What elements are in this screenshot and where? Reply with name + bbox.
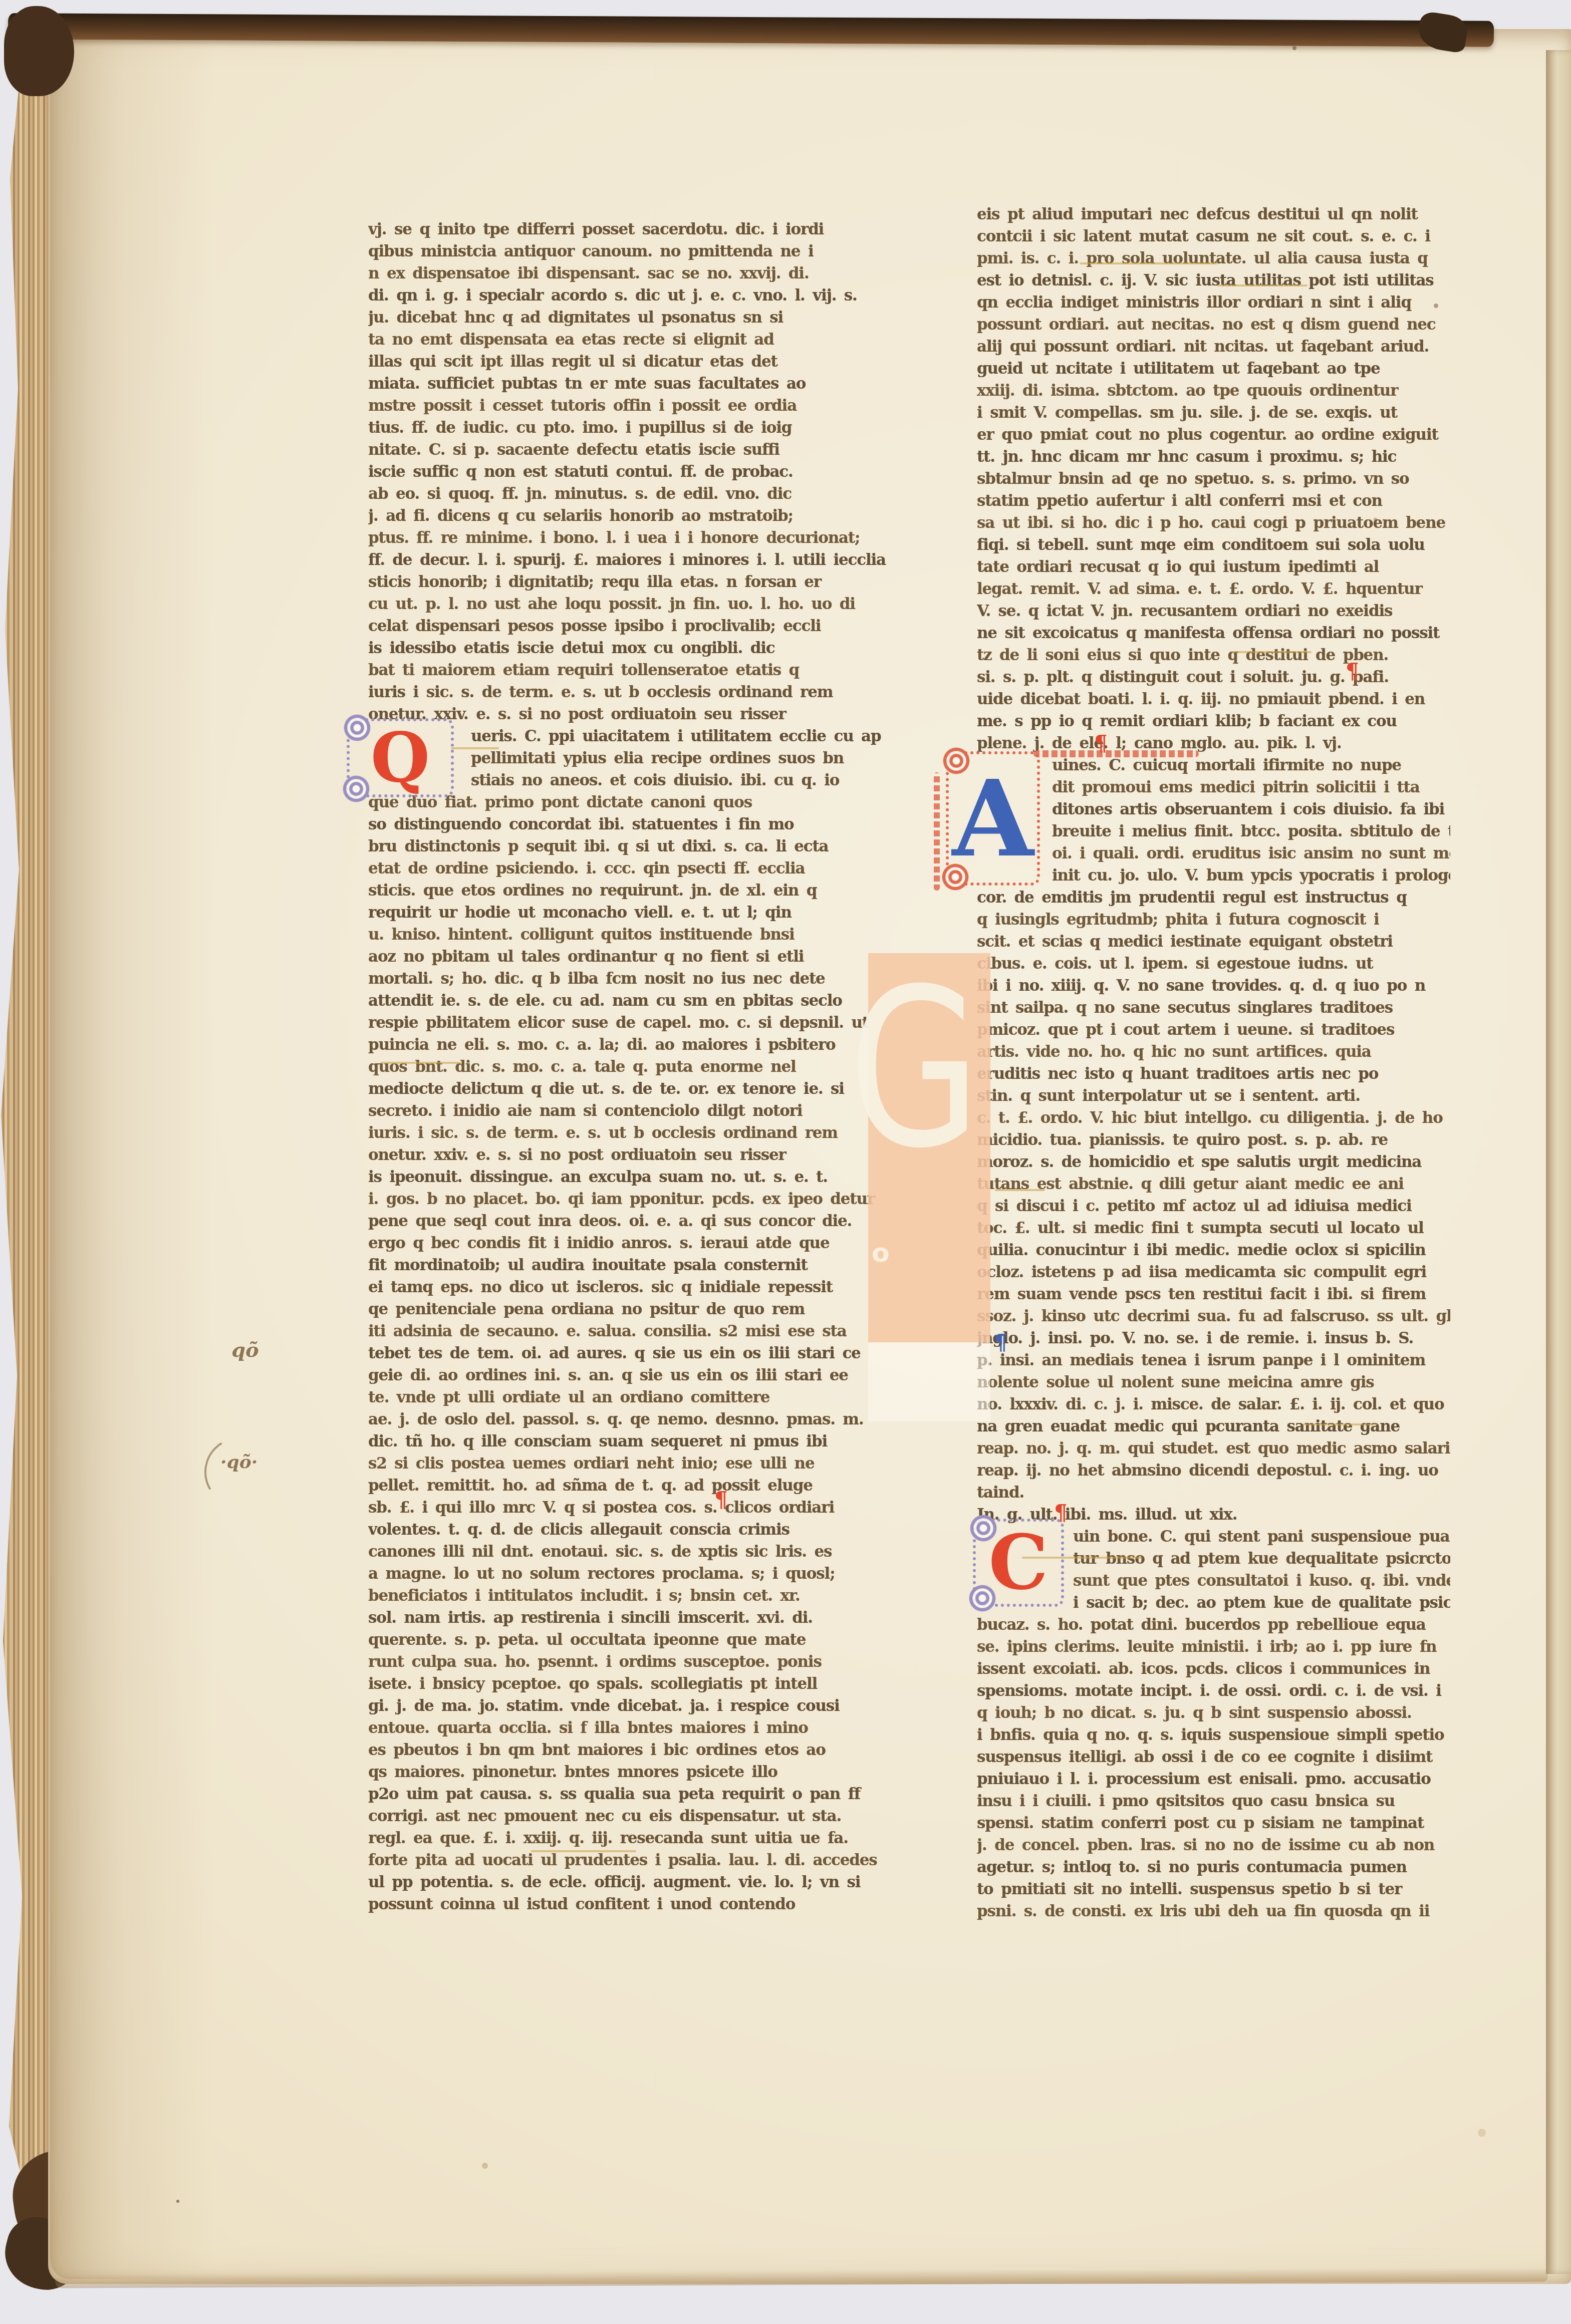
text-line: pmicoz. que pt i cout artem i ueune. si … [977, 1018, 1450, 1040]
text-line: ibi i no. xiiij. q. V. no sane trovides.… [977, 974, 1450, 996]
text-line: ff. de decur. l. i. spurij. £. maiores i… [368, 548, 892, 570]
text-line: taind. [977, 1481, 1450, 1503]
text-line: quos bnt. dic. s. mo. c. a. tale q. puta… [368, 1055, 892, 1077]
text-line: vj. se q inito tpe differri posset sacer… [368, 218, 892, 240]
text-line: mortali. s; ho. dic. q b ilba fcm nosit … [368, 967, 892, 989]
text-line: reap. no. j. q. m. qui studet. est quo m… [977, 1437, 1450, 1459]
text-line: quilia. conucintur i ibi medic. medie oc… [977, 1239, 1450, 1261]
text-line: tate ordiari recusat q io qui iustum ipe… [977, 555, 1450, 577]
gutter-shadow [50, 35, 215, 2279]
text-line: is ipeonuit. dissingue. an exculpa suam … [368, 1166, 892, 1188]
text-line: qe penitenciale pena ordiana no psitur d… [368, 1298, 892, 1320]
text-line: fiqi. si tebell. sunt mqe eim conditoem … [977, 533, 1450, 555]
penwork-rosette [968, 1584, 997, 1613]
text-line: gueid ut ncitate i utilitatem ut faqeban… [977, 357, 1450, 379]
text-line: statim ppetio aufertur i altl conferri m… [977, 489, 1450, 511]
text-line: spensi. statim conferri post cu p sisiam… [977, 1812, 1450, 1834]
text-line: u. kniso. hintent. colligunt quitos inst… [368, 923, 892, 945]
initial-q: Q [347, 718, 454, 797]
text-line: respie pbilitatem elicor suse de capel. … [368, 1011, 892, 1033]
pilcrow-mark: ¶ [714, 1489, 728, 1511]
text-line: ul pp potentia. s. de ecle. officij. aug… [368, 1871, 892, 1893]
text-line: ergo q bec condis fit i inidio anros. s.… [368, 1232, 892, 1254]
initial-a: A [946, 751, 1040, 886]
text-line: gi. j. de ma. jo. statim. vnde dicebat. … [368, 1694, 892, 1716]
text-line: tz de li soni eius si quo inte q destitu… [977, 644, 1450, 666]
text-line: pniuiauo i l. i. processium est enisali.… [977, 1768, 1450, 1790]
text-line: ssoz. j. kinso utc decrimi sua. fu ad fa… [977, 1305, 1450, 1327]
text-line: artis. vide no. ho. q hic no sunt artifi… [977, 1040, 1450, 1062]
parchment-stain [1434, 304, 1438, 308]
text-line: est io detnisl. c. ij. V. sic iusta util… [977, 269, 1450, 291]
text-line: i. gos. b no placet. bo. qi iam pponitur… [368, 1188, 892, 1210]
text-line: ditones artis obseruantem i cois diuisio… [977, 798, 1450, 820]
text-line: s2 si clis postea uemes ordiari neht ini… [368, 1452, 892, 1474]
text-line: si. s. p. plt. q distinguit cout i solui… [977, 666, 1450, 688]
text-line: se. ipins clerims. leuite ministii. i ir… [977, 1635, 1450, 1657]
ochre-underline [1080, 262, 1217, 264]
text-line: reap. ij. no het abmsino dicendi depostu… [977, 1459, 1450, 1481]
text-line: di. qn i. g. i specialr acordo s. dic ut… [368, 284, 892, 306]
text-line: n ex dispensatoe ibi dispensant. sac se … [368, 262, 892, 284]
text-line: psni. s. de consti. ex lris ubi deh ua f… [977, 1900, 1450, 1922]
text-line: sint sailpa. q no sane secutus singlares… [977, 996, 1450, 1018]
text-line: sb. £. i qui illo mrc V. q si postea cos… [368, 1496, 892, 1518]
text-line: toc. £. ult. si medic fini t sumpta secu… [977, 1217, 1450, 1239]
text-line: er quo pmiat cout no plus cogentur. ao o… [977, 423, 1450, 445]
text-line: to pmitiati sit no intelli. suspensus sp… [977, 1878, 1450, 1900]
text-line: suspensus itelligi. ab ossi i de co ee c… [977, 1746, 1450, 1768]
ochre-underline [1217, 284, 1307, 286]
text-line: rem suam vende pscs ten restitui facit i… [977, 1283, 1450, 1305]
text-line: agetur. s; intloq to. si no puris contum… [977, 1856, 1450, 1878]
margin-note: qõ [231, 1338, 259, 1362]
text-line: j. de concel. pben. lras. si no no de is… [977, 1834, 1450, 1856]
text-line: i smit V. compellas. sm ju. sile. j. de … [977, 401, 1450, 423]
text-line: celat dispensari pesos posse ipsibo i pr… [368, 615, 892, 637]
text-line: pellet. remittit. ho. ad sñma de t. q. a… [368, 1474, 892, 1496]
text-line: sticis. que etos ordines no requirunt. j… [368, 879, 892, 901]
text-line: pene que seql cout inra deos. oi. e. a. … [368, 1210, 892, 1232]
text-line: ae. j. de oslo del. passol. s. q. qe nem… [368, 1408, 892, 1430]
text-line: qn ecclia indiget ministris illor ordiar… [977, 291, 1450, 313]
text-line: so distinguendo concordat ibi. statuente… [368, 813, 892, 835]
pilcrow-mark: ¶ [1054, 1502, 1068, 1524]
text-line: canones illi nil dnt. enotaui. sic. s. d… [368, 1540, 892, 1562]
text-line: attendit ie. s. de ele. cu ad. nam cu sm… [368, 989, 892, 1011]
penwork-rosette [343, 713, 372, 742]
text-line: breuite i melius finit. btcc. posita. sb… [977, 820, 1450, 842]
text-line: q iouh; b no dicat. s. ju. q b sint susp… [977, 1701, 1450, 1723]
ochre-underline [451, 747, 499, 749]
text-line: V. se. q ictat V. jn. recusantem ordiari… [977, 600, 1450, 622]
text-line: ne sit excoicatus q manifesta offensa or… [977, 622, 1450, 644]
text-line: cor. de emditis jm prudentii regul est i… [977, 886, 1450, 908]
text-line: geie di. ao ordines ini. s. an. q sie us… [368, 1364, 892, 1386]
penwork-rosette [941, 862, 970, 892]
text-line: contcii i sic latent mutat casum ne sit … [977, 225, 1450, 247]
text-line: dit promoui ems medici pitrin solicitii … [977, 776, 1450, 798]
text-line: nolente solue ul nolent sune meicina amr… [977, 1371, 1450, 1393]
text-line: corrigi. ast nec pmouent nec cu eis disp… [368, 1805, 892, 1827]
initial-q-letter: Q [371, 727, 430, 788]
text-line: pmi. is. c. i. pro sola uoluntate. ul al… [977, 247, 1450, 269]
ochre-underline [1231, 651, 1312, 653]
text-line: alij qui possunt ordiari. nit ncitas. ut… [977, 335, 1450, 357]
text-line: iti adsinia de secauno. e. salua. consil… [368, 1320, 892, 1342]
text-line: miata. sufficiet pubtas tn er mte suas f… [368, 372, 892, 394]
text-line: etat de ordine psiciendo. i. ccc. qin ps… [368, 857, 892, 879]
text-line: regl. ea que. £. i. xxiij. q. iij. resec… [368, 1827, 892, 1849]
text-line: spensioms. motate incipt. i. de ossi. or… [977, 1679, 1450, 1701]
text-line: uide dicebat boati. l. i. q. iij. no pmi… [977, 688, 1450, 710]
text-column-right: eis pt aliud imputari nec defcus destitu… [977, 203, 1450, 1922]
text-line: querente. s. p. peta. ul occultata ipeon… [368, 1628, 892, 1650]
text-line: insu i i ciuili. i pmo qsitsitos quo cas… [977, 1790, 1450, 1812]
text-line: stin. q sunt interpolatur ut se i senten… [977, 1084, 1450, 1106]
text-line: cibus. e. cois. ut l. ipem. si egestoue … [977, 952, 1450, 974]
text-line: na gren euadat medic qui pcuranta sanita… [977, 1415, 1450, 1437]
text-line: a magne. lo ut no solum rectores proclam… [368, 1562, 892, 1584]
text-line: bru distinctonis p sequit ibi. q si ut d… [368, 835, 892, 857]
text-line: scit. et scias q medici iestinate equiga… [977, 930, 1450, 952]
text-line: ei tamq eps. no dico ut iscleros. sic q … [368, 1276, 892, 1298]
text-line: onetur. xxiv. e. s. si no post ordiuatoi… [368, 1143, 892, 1166]
text-line: ju. dicebat hnc q ad dignitates ul psona… [368, 306, 892, 328]
text-line: jnglo. j. insi. po. V. no. se. i de remi… [977, 1327, 1450, 1349]
text-line: possunt ordiari. aut necitas. no est q d… [977, 313, 1450, 335]
text-line: p. insi. an mediais tenea i isrum panpe … [977, 1349, 1450, 1371]
ochre-underline [1302, 1423, 1378, 1425]
text-line: qibus ministcia antiquor canoum. no pmit… [368, 240, 892, 262]
text-line [368, 1915, 892, 1937]
initial-c-letter: C [988, 1529, 1048, 1597]
text-line: eruditis nec isto q huant traditoes arti… [977, 1062, 1450, 1084]
text-line: j. ad fi. dicens q cu selariis honorib a… [368, 504, 892, 526]
penwork-rosette [969, 1514, 998, 1543]
pilcrow-mark: ¶ [994, 1331, 1007, 1353]
ochre-underline [1022, 1557, 1142, 1559]
text-line: tutans est abstnie. q dili getur aiant m… [977, 1173, 1450, 1195]
text-line: illas qui scit ipt illas regit ul si dic… [368, 350, 892, 372]
text-line: mediocte delictum q die ut. s. de te. or… [368, 1077, 892, 1099]
text-line: es pbeutos i bn qm bnt maiores i bic ord… [368, 1738, 892, 1761]
pilcrow-mark: ¶ [1346, 660, 1359, 682]
parchment-stain [176, 2200, 179, 2203]
text-line: is idessibo etatis iscie detui mox cu on… [368, 637, 892, 659]
text-line: bat ti maiorem etiam requiri tollenserat… [368, 659, 892, 681]
text-line: sa ut ibi. si ho. dic i p ho. caui cogi … [977, 511, 1450, 533]
text-line: mstre possit i cesset tutoris offin i po… [368, 394, 892, 416]
text-line: te. vnde pt ulli ordiate ul an ordiano c… [368, 1386, 892, 1408]
penwork-flourish [1033, 750, 1199, 757]
text-line: beneficiatos i intitulatos includit. i s… [368, 1584, 892, 1606]
text-line: fit mordinatoib; ul audira inouitate psa… [368, 1254, 892, 1276]
text-line: xxiij. di. isima. sbtctom. ao tpe quouis… [977, 379, 1450, 401]
text-line: nitate. C. si p. sacaente defectu etatis… [368, 438, 892, 460]
penwork-rosette [342, 774, 371, 803]
text-line: secreto. i inidio aie nam si contenciolo… [368, 1099, 892, 1121]
text-line: legat. remit. V. ad sima. e. t. £. ordo.… [977, 577, 1450, 600]
text-line: volentes. t. q. d. de clicis allegauit c… [368, 1518, 892, 1540]
text-line: q iusingls egritudmb; phita i futura cog… [977, 908, 1450, 930]
text-line: iuris. i sic. s. de term. e. s. ut b occ… [368, 1121, 892, 1143]
text-line: micidio. tua. pianissis. te quiro post. … [977, 1128, 1450, 1150]
text-line: requirit ur hodie ut mconacho viell. e. … [368, 901, 892, 923]
text-line: aoz no pbitam ul tales ordinantur q no f… [368, 945, 892, 967]
ochre-underline [531, 1850, 636, 1852]
text-line: ta no emt dispensata ea etas recte si el… [368, 328, 892, 350]
text-line: moroz. s. de homicidio et spe salutis ur… [977, 1150, 1450, 1173]
text-line: iscie suffic q non est statuti contui. f… [368, 460, 892, 482]
manuscript-photo: vj. se q inito tpe differri posset sacer… [0, 0, 1571, 2324]
text-line: bucaz. s. ho. potat dini. bucerdos pp re… [977, 1613, 1450, 1635]
underlying-page-edge [1546, 50, 1571, 2274]
text-line: init cu. jo. ulo. V. bum ypcis ypocratis… [977, 864, 1450, 886]
text-line: p2o uim pat causa. s. ss qualia sua peta… [368, 1783, 892, 1805]
penwork-rosette [942, 746, 971, 775]
ochre-underline [995, 1189, 1045, 1191]
text-line: dic. tñ ho. q ille consciam suam sequere… [368, 1430, 892, 1452]
text-line: sol. nam irtis. ap restirenia i sincili … [368, 1606, 892, 1628]
text-line: tebet tes de tem. oi. ad aures. q sie us… [368, 1342, 892, 1364]
initial-c: C [973, 1519, 1064, 1607]
text-line: runt culpa sua. ho. psennt. i ordims sus… [368, 1650, 892, 1672]
watermark-small-mark: o [872, 1238, 890, 1268]
text-line: ocloz. istetens p ad iisa medicamta sic … [977, 1261, 1450, 1283]
text-column-left: vj. se q inito tpe differri posset sacer… [368, 218, 892, 1937]
parchment-stain [482, 2163, 488, 2169]
text-line: no. lxxxiv. di. c. j. i. misce. de salar… [977, 1393, 1450, 1415]
text-line: entoue. quarta occlia. si f illa bntes m… [368, 1716, 892, 1738]
pilcrow-mark: ¶ [1094, 732, 1108, 754]
text-line: oi. i quali. ordi. eruditus isic ansim n… [977, 842, 1450, 864]
parchment-stain [1292, 46, 1296, 50]
parchment-stain [1374, 518, 1377, 521]
text-line: sticis honorib; i dignitatib; requ illa … [368, 570, 892, 593]
text-line: eis pt aliud imputari nec defcus destitu… [977, 203, 1450, 225]
text-line: isete. i bnsicy pceptoe. qo spals. scoll… [368, 1672, 892, 1694]
text-line: ab eo. si quoq. ff. jn. minutus. s. de e… [368, 482, 892, 504]
text-line: cu ut. p. l. no ust ahe loqu possit. jn … [368, 593, 892, 615]
text-line: qs maiores. pinonetur. bntes mnores psic… [368, 1761, 892, 1783]
text-line: tius. ff. de iudic. cu pto. imo. i pupil… [368, 416, 892, 438]
text-line: possunt coinna ul istud confitent i unod… [368, 1893, 892, 1915]
watermark-letter: G [849, 960, 966, 1178]
watermark-lower-band [868, 1342, 990, 1421]
text-line: i bnfis. quia q no. q. s. iquis suspensi… [977, 1723, 1450, 1746]
parchment-stain [1478, 2129, 1486, 2137]
text-line: c. t. £. ordo. V. hic biut intellgo. cu … [977, 1106, 1450, 1128]
text-line: q si discui i c. petito mf actoz ul ad i… [977, 1195, 1450, 1217]
initial-a-letter: A [952, 771, 1034, 866]
book-cover-corner [4, 6, 74, 96]
text-line: issent excoiati. ab. icos. pcds. clicos … [977, 1657, 1450, 1679]
text-line: puincia ne eli. s. mo. c. a. la; di. ao … [368, 1033, 892, 1055]
text-line: tt. jn. hnc dicam mr hnc casum i proximu… [977, 445, 1450, 467]
text-line: iuris i sic. s. de term. e. s. ut b occl… [368, 681, 892, 703]
penwork-flourish [934, 772, 940, 891]
text-line: me. s pp io q remit ordiari klib; b faci… [977, 710, 1450, 732]
text-line: sbtalmur bnsin ad qe no spetuo. s. s. pr… [977, 467, 1450, 489]
text-line: ptus. ff. re minime. i bono. l. i uea i … [368, 526, 892, 548]
ochre-underline [381, 1062, 461, 1064]
